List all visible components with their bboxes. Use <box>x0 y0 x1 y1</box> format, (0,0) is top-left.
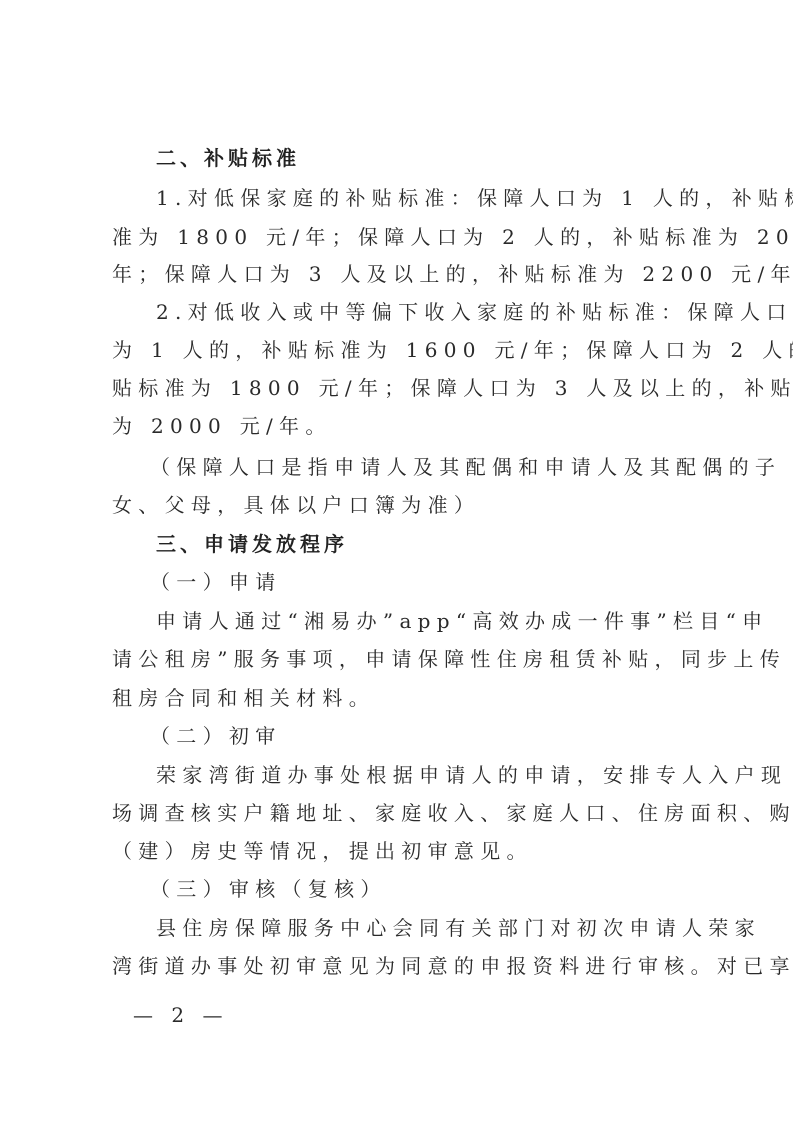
paragraph-line: （建）房史等情况，提出初审意见。 <box>112 839 702 863</box>
note-line: 女、父母，具体以户口簿为准） <box>112 493 702 517</box>
document-page: 二、补贴标准 1.对低保家庭的补贴标准：保障人口为 1 人的，补贴标 准为 18… <box>0 0 793 1121</box>
paragraph-line: 湾街道办事处初审意见为同意的申报资料进行审核。对已享 <box>112 954 702 978</box>
section-heading-subsidy-standard: 二、补贴标准 <box>156 146 746 170</box>
section-heading-application-procedure: 三、申请发放程序 <box>156 532 746 556</box>
paragraph-line: 县住房保障服务中心会同有关部门对初次申请人荣家 <box>156 916 746 940</box>
paragraph-line: 1.对低保家庭的补贴标准：保障人口为 1 人的，补贴标 <box>156 186 746 210</box>
paragraph-line: 2.对低收入或中等偏下收入家庭的补贴标准：保障人口 <box>156 300 746 324</box>
paragraph-line: 为 1 人的，补贴标准为 1600 元/年；保障人口为 2 人的，补 <box>112 338 702 362</box>
paragraph-line: 准为 1800 元/年；保障人口为 2 人的，补贴标准为 2000 元/ <box>112 225 702 249</box>
subsection-heading-audit: （三）审核（复核） <box>150 877 740 901</box>
paragraph-line: 请公租房”服务事项，申请保障性住房租赁补贴，同步上传 <box>112 647 702 671</box>
paragraph-line: 申请人通过“湘易办”app“高效办成一件事”栏目“申 <box>156 609 746 633</box>
paragraph-line: 场调查核实户籍地址、家庭收入、家庭人口、住房面积、购 <box>112 801 702 825</box>
note-line: （保障人口是指申请人及其配偶和申请人及其配偶的子 <box>150 455 740 479</box>
paragraph-line: 为 2000 元/年。 <box>112 414 702 438</box>
subsection-heading-apply: （一）申请 <box>150 570 740 594</box>
subsection-heading-initial-review: （二）初审 <box>150 724 740 748</box>
paragraph-line: 贴标准为 1800 元/年；保障人口为 3 人及以上的，补贴标准 <box>112 376 702 400</box>
page-number: — 2 — <box>133 1003 228 1027</box>
paragraph-line: 租房合同和相关材料。 <box>112 686 702 710</box>
paragraph-line: 年；保障人口为 3 人及以上的，补贴标准为 2200 元/年。 <box>112 262 702 286</box>
paragraph-line: 荣家湾街道办事处根据申请人的申请，安排专人入户现 <box>156 763 746 787</box>
